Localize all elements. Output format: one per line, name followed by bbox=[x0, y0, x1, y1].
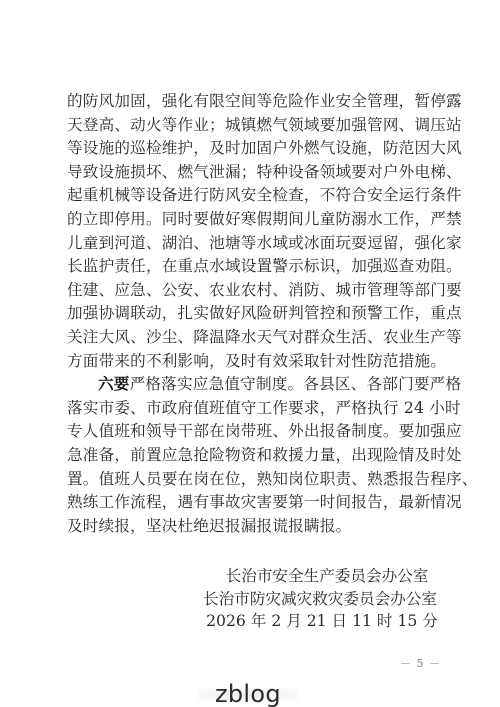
body-line: 落实市委、市政府值班值守工作要求，严格执行 24 小时 bbox=[67, 397, 439, 421]
document-body: 的防风加固，强化有限空间等危险作业安全管理，暂停露 天登高、动火等作业；城镇燃气… bbox=[67, 90, 439, 538]
body-line: 的立即停用。同时要做好寒假期间儿童防溺水工作，严禁 bbox=[67, 208, 439, 232]
signature-block: 长治市安全生产委员会办公室 长治市防灾减灾救灾委员会办公室 2026 年 2 月… bbox=[180, 565, 460, 633]
body-line: 关注大风、沙尘、降温降水天气对群众生活、农业生产等 bbox=[67, 326, 439, 350]
section-six-text: 严格落实应急值守制度。各县区、各部门要严格 bbox=[130, 375, 462, 393]
body-line: 儿童到河道、湖泊、池塘等水域或冰面玩耍逗留，强化家 bbox=[67, 232, 439, 256]
body-line: 及时续报，坚决杜绝迟报漏报谎报瞒报。 bbox=[67, 515, 439, 539]
body-line: 天登高、动火等作业；城镇燃气领域要加强管网、调压站 bbox=[67, 114, 439, 138]
body-line: 长监护责任，在重点水域设置警示标识，加强巡查劝阻。 bbox=[67, 255, 439, 279]
document-page: 的防风加固，强化有限空间等危险作业安全管理，暂停露 天登高、动火等作业；城镇燃气… bbox=[0, 0, 500, 707]
body-line: 导致设施损坏、燃气泄漏；特种设备领域要对户外电梯、 bbox=[67, 161, 439, 185]
body-line: 方面带来的不利影响，及时有效采取针对性防范措施。 bbox=[67, 350, 439, 374]
body-line: 专人值班和领导干部在岗带班、外出报备制度。要加强应 bbox=[67, 420, 439, 444]
body-line: 等设施的巡检维护，及时加固户外燃气设施，防范因大风 bbox=[67, 137, 439, 161]
body-line: 熟练工作流程，遇有事故灾害要第一时间报告，最新情况 bbox=[67, 491, 439, 515]
issuing-org-2: 长治市防灾减灾救灾委员会办公室 bbox=[180, 588, 460, 611]
section-six-first-line: 六要严格落实应急值守制度。各县区、各部门要严格 bbox=[67, 373, 439, 397]
body-line: 急准备，前置应急抢险物资和救援力量，出现险情及时处 bbox=[67, 444, 439, 468]
page-number: － 5 － bbox=[400, 655, 441, 671]
section-heading: 六要 bbox=[98, 375, 130, 393]
watermark: zblog bbox=[215, 682, 281, 706]
issue-date: 2026 年 2 月 21 日 11 时 15 分 bbox=[180, 610, 460, 633]
issuing-org-1: 长治市安全生产委员会办公室 bbox=[180, 565, 460, 588]
body-line: 置。值班人员要在岗在位，熟知岗位职责、熟悉报告程序、 bbox=[67, 468, 439, 492]
body-line: 的防风加固，强化有限空间等危险作业安全管理，暂停露 bbox=[67, 90, 439, 114]
body-line: 住建、应急、公安、农业农村、消防、城市管理等部门要 bbox=[67, 279, 439, 303]
body-line: 起重机械等设备进行防风安全检查，不符合安全运行条件 bbox=[67, 184, 439, 208]
body-line: 加强协调联动，扎实做好风险研判管控和预警工作，重点 bbox=[67, 302, 439, 326]
